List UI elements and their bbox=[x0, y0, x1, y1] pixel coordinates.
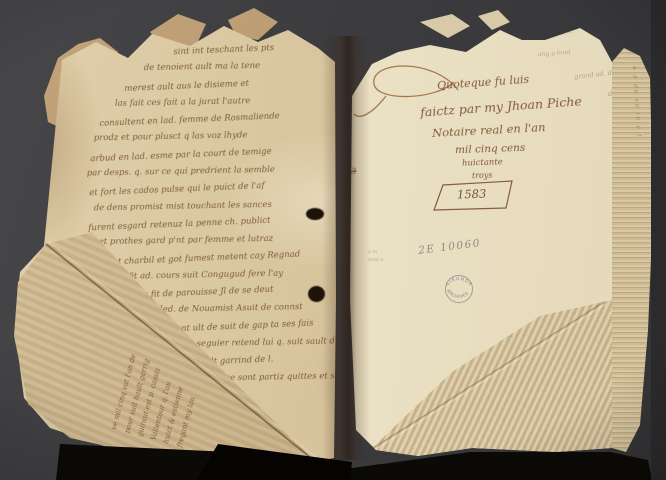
backdrop-edge bbox=[651, 0, 666, 480]
manuscript-photo: ancien contre chose la Lamandie sint int… bbox=[0, 0, 666, 480]
gutter-shadow bbox=[322, 36, 370, 460]
edge-writing: a p de sa lo y t bbox=[631, 66, 642, 139]
